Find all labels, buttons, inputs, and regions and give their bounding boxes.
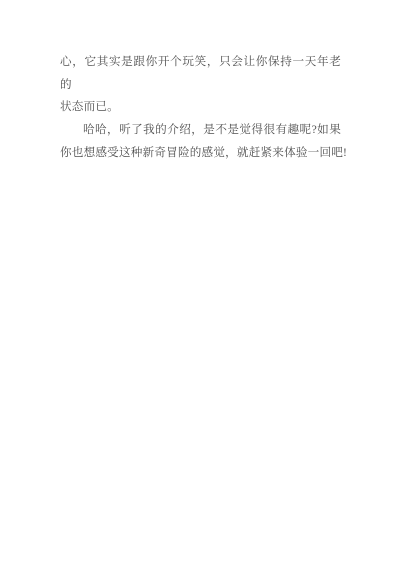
text-line: 心，它其实是跟你开个玩笑，只会让你保持一天年老的 [60, 51, 341, 96]
text-line: 你也想感受这种新奇冒险的感觉，就赶紧来体验一回吧! [60, 142, 341, 165]
text-line: 状态而已。 [60, 96, 341, 119]
document-text-block: 心，它其实是跟你开个玩笑，只会让你保持一天年老的 状态而已。 哈哈，听了我的介绍… [60, 51, 341, 165]
text-line: 哈哈，听了我的介绍，是不是觉得很有趣呢?如果 [60, 119, 341, 142]
document-page: 心，它其实是跟你开个玩笑，只会让你保持一天年老的 状态而已。 哈哈，听了我的介绍… [0, 0, 400, 566]
